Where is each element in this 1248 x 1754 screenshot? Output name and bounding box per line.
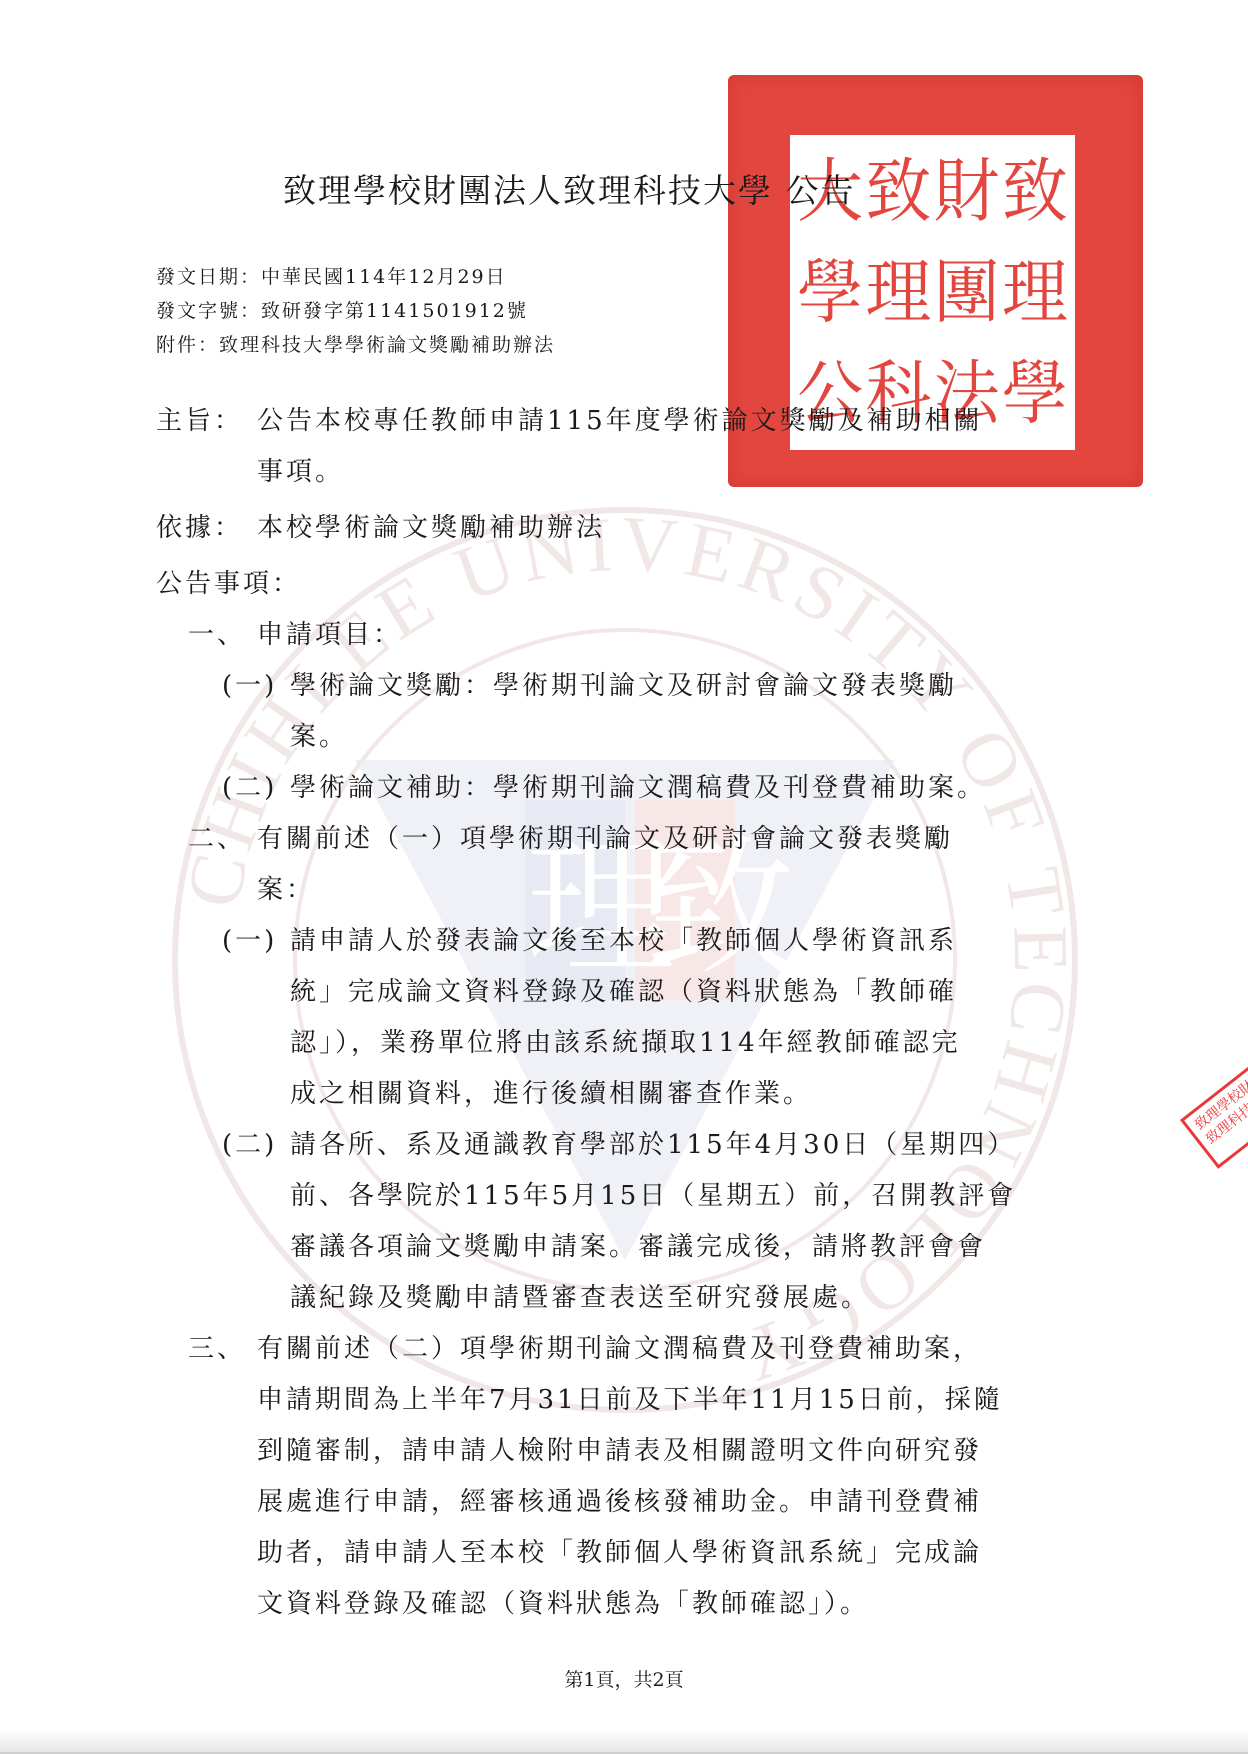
- section-marker: 二、: [188, 818, 246, 855]
- section-line: 展處進行申請，經審核通過後核發補助金。申請刊登費補: [257, 1481, 982, 1518]
- section-marker: 三、: [188, 1328, 246, 1365]
- subject-line: 事項。: [257, 451, 344, 488]
- item-line: 學術論文獎勵：學術期刊論文及研討會論文發表獎勵: [290, 665, 957, 702]
- item-marker: (一): [222, 665, 277, 702]
- item-marker: (二): [222, 767, 277, 804]
- item-marker: (一): [222, 920, 277, 957]
- page-number: 第1頁，共2頁: [0, 1665, 1248, 1692]
- page-edge: [0, 1730, 1248, 1754]
- item-line: 請申請人於發表論文後至本校「教師個人學術資訊系: [290, 920, 957, 957]
- document-title: 致理學校財團法人致理科技大學 公告: [283, 165, 856, 212]
- item-line: 審議各項論文獎勵申請案。審議完成後，請將教評會會: [290, 1226, 986, 1263]
- item-line: 認」），業務單位將由該系統擷取114年經教師確認完: [290, 1022, 961, 1059]
- section-line: 申請期間為上半年7月31日前及下半年11月15日前，採隨: [257, 1379, 1003, 1416]
- item-line: 成之相關資料，進行後續相關審查作業。: [290, 1073, 812, 1110]
- document-body: 致理學校財團法人致理科技大學 公告 發文日期：中華民國114年12月29日 發文…: [0, 0, 1248, 1754]
- section-line: 案：: [257, 869, 315, 906]
- section-line: 申請項目：: [257, 614, 402, 651]
- item-line: 統」完成論文資料登錄及確認（資料狀態為「教師確: [290, 971, 957, 1008]
- subject-label: 主旨：: [156, 400, 243, 437]
- section-line: 到隨審制，請申請人檢附申請表及相關證明文件向研究發: [257, 1430, 982, 1467]
- basis-text: 本校學術論文獎勵補助辦法: [257, 507, 605, 544]
- item-marker: (二): [222, 1124, 277, 1161]
- section-marker: 一、: [188, 614, 246, 651]
- section-line: 助者，請申請人至本校「教師個人學術資訊系統」完成論: [257, 1532, 982, 1569]
- issue-date: 發文日期：中華民國114年12月29日: [156, 262, 507, 289]
- section-line: 有關前述（二）項學術期刊論文潤稿費及刊登費補助案，: [257, 1328, 982, 1365]
- subject-line: 公告本校專任教師申請115年度學術論文獎勵及補助相關: [257, 400, 983, 437]
- attachment: 附件：致理科技大學學術論文獎勵補助辦法: [156, 330, 555, 357]
- document-number: 發文字號：致研發字第1141501912號: [156, 296, 528, 323]
- item-line: 案。: [290, 716, 348, 753]
- announcement-heading: 公告事項：: [156, 563, 301, 600]
- section-line: 有關前述（一）項學術期刊論文及研討會論文發表獎勵: [257, 818, 953, 855]
- item-line: 請各所、系及通識教育學部於115年4月30日（星期四）: [290, 1124, 1016, 1161]
- section-line: 文資料登錄及確認（資料狀態為「教師確認」）。: [257, 1583, 869, 1620]
- item-line: 前、各學院於115年5月15日（星期五）前，召開教評會: [290, 1175, 1016, 1212]
- basis-label: 依據：: [156, 507, 243, 544]
- item-line: 議紀錄及獎勵申請暨審查表送至研究發展處。: [290, 1277, 870, 1314]
- item-line: 學術論文補助：學術期刊論文潤稿費及刊登費補助案。: [290, 767, 986, 804]
